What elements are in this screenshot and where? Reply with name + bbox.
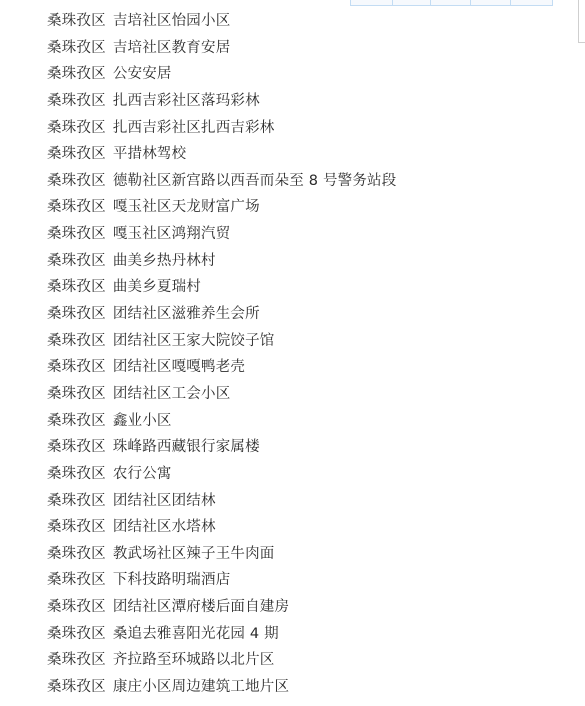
location-label: 农行公寓 (113, 466, 172, 482)
location-label: 曲美乡夏瑞村 (113, 279, 201, 295)
district-label: 桑珠孜区 (47, 514, 106, 541)
location-label: 团结社区潭府楼后面自建房 (113, 599, 289, 615)
list-item: 桑珠孜区珠峰路西藏银行家属楼 (47, 434, 396, 461)
list-item: 桑珠孜区桑追去雅喜阳光花园 4 期 (47, 621, 396, 648)
district-label: 桑珠孜区 (47, 141, 106, 168)
district-label: 桑珠孜区 (47, 115, 106, 142)
list-item: 桑珠孜区鑫业小区 (47, 408, 396, 435)
list-item: 桑珠孜区团结社区团结林 (47, 488, 396, 515)
list-item: 桑珠孜区吉培社区教育安居 (47, 35, 396, 62)
location-label: 嘎玉社区天龙财富广场 (113, 199, 260, 215)
location-label: 曲美乡热丹林村 (113, 253, 216, 269)
district-label: 桑珠孜区 (47, 301, 106, 328)
table-cell (471, 0, 511, 5)
location-label: 鑫业小区 (113, 413, 172, 429)
location-label: 团结社区团结林 (113, 493, 216, 509)
location-label: 扎西吉彩社区落玛彩林 (113, 93, 260, 109)
location-label: 康庄小区周边建筑工地片区 (113, 679, 289, 695)
list-item: 桑珠孜区嘎玉社区天龙财富广场 (47, 194, 396, 221)
list-item: 桑珠孜区教武场社区辣子王牛肉面 (47, 541, 396, 568)
list-item: 桑珠孜区团结社区滋雅养生会所 (47, 301, 396, 328)
list-item: 桑珠孜区公安安居 (47, 61, 396, 88)
district-label: 桑珠孜区 (47, 274, 106, 301)
district-label: 桑珠孜区 (47, 594, 106, 621)
list-item: 桑珠孜区农行公寓 (47, 461, 396, 488)
location-label: 团结社区嘎嘎鸭老壳 (113, 359, 245, 375)
location-label: 团结社区工会小区 (113, 386, 231, 402)
table-fragment (350, 0, 553, 6)
location-label: 珠峰路西藏银行家属楼 (113, 439, 260, 455)
location-label: 下科技路明瑞酒店 (113, 572, 231, 588)
location-label: 平措林驾校 (113, 146, 187, 162)
district-label: 桑珠孜区 (47, 61, 106, 88)
district-label: 桑珠孜区 (47, 381, 106, 408)
table-cell (511, 0, 552, 5)
list-item: 桑珠孜区团结社区嘎嘎鸭老壳 (47, 354, 396, 381)
location-list: 桑珠孜区吉培社区怡园小区桑珠孜区吉培社区教育安居桑珠孜区公安安居桑珠孜区扎西吉彩… (47, 8, 396, 701)
district-label: 桑珠孜区 (47, 354, 106, 381)
location-label: 团结社区滋雅养生会所 (113, 306, 260, 322)
table-cell (351, 0, 393, 5)
list-item: 桑珠孜区下科技路明瑞酒店 (47, 567, 396, 594)
district-label: 桑珠孜区 (47, 674, 106, 701)
district-label: 桑珠孜区 (47, 408, 106, 435)
district-label: 桑珠孜区 (47, 168, 106, 195)
list-item: 桑珠孜区齐拉路至环城路以北片区 (47, 647, 396, 674)
list-item: 桑珠孜区扎西吉彩社区落玛彩林 (47, 88, 396, 115)
district-label: 桑珠孜区 (47, 541, 106, 568)
district-label: 桑珠孜区 (47, 221, 106, 248)
list-item: 桑珠孜区嘎玉社区鸿翔汽贸 (47, 221, 396, 248)
list-item: 桑珠孜区团结社区水塔林 (47, 514, 396, 541)
district-label: 桑珠孜区 (47, 194, 106, 221)
location-label: 吉培社区怡园小区 (113, 13, 231, 29)
location-label: 公安安居 (113, 66, 172, 82)
list-item: 桑珠孜区吉培社区怡园小区 (47, 8, 396, 35)
district-label: 桑珠孜区 (47, 88, 106, 115)
location-label: 教武场社区辣子王牛肉面 (113, 546, 275, 562)
page-edge-divider (578, 0, 585, 43)
list-item: 桑珠孜区扎西吉彩社区扎西吉彩林 (47, 115, 396, 142)
list-item: 桑珠孜区曲美乡热丹林村 (47, 248, 396, 275)
district-label: 桑珠孜区 (47, 567, 106, 594)
district-label: 桑珠孜区 (47, 488, 106, 515)
district-label: 桑珠孜区 (47, 35, 106, 62)
location-label: 扎西吉彩社区扎西吉彩林 (113, 120, 275, 136)
table-cell (431, 0, 471, 5)
district-label: 桑珠孜区 (47, 647, 106, 674)
list-item: 桑珠孜区团结社区工会小区 (47, 381, 396, 408)
district-label: 桑珠孜区 (47, 8, 106, 35)
list-item: 桑珠孜区平措林驾校 (47, 141, 396, 168)
district-label: 桑珠孜区 (47, 434, 106, 461)
district-label: 桑珠孜区 (47, 328, 106, 355)
location-label: 嘎玉社区鸿翔汽贸 (113, 226, 231, 242)
list-item: 桑珠孜区团结社区王家大院饺子馆 (47, 328, 396, 355)
district-label: 桑珠孜区 (47, 621, 106, 648)
list-item: 桑珠孜区团结社区潭府楼后面自建房 (47, 594, 396, 621)
location-label: 团结社区水塔林 (113, 519, 216, 535)
location-label: 桑追去雅喜阳光花园 4 期 (113, 626, 279, 642)
location-label: 德勒社区新宫路以西吾而朵至 8 号警务站段 (113, 173, 397, 189)
location-label: 齐拉路至环城路以北片区 (113, 652, 275, 668)
location-label: 吉培社区教育安居 (113, 40, 231, 56)
location-label: 团结社区王家大院饺子馆 (113, 333, 275, 349)
list-item: 桑珠孜区德勒社区新宫路以西吾而朵至 8 号警务站段 (47, 168, 396, 195)
table-cell (393, 0, 431, 5)
district-label: 桑珠孜区 (47, 461, 106, 488)
district-label: 桑珠孜区 (47, 248, 106, 275)
list-item: 桑珠孜区曲美乡夏瑞村 (47, 274, 396, 301)
list-item: 桑珠孜区康庄小区周边建筑工地片区 (47, 674, 396, 701)
